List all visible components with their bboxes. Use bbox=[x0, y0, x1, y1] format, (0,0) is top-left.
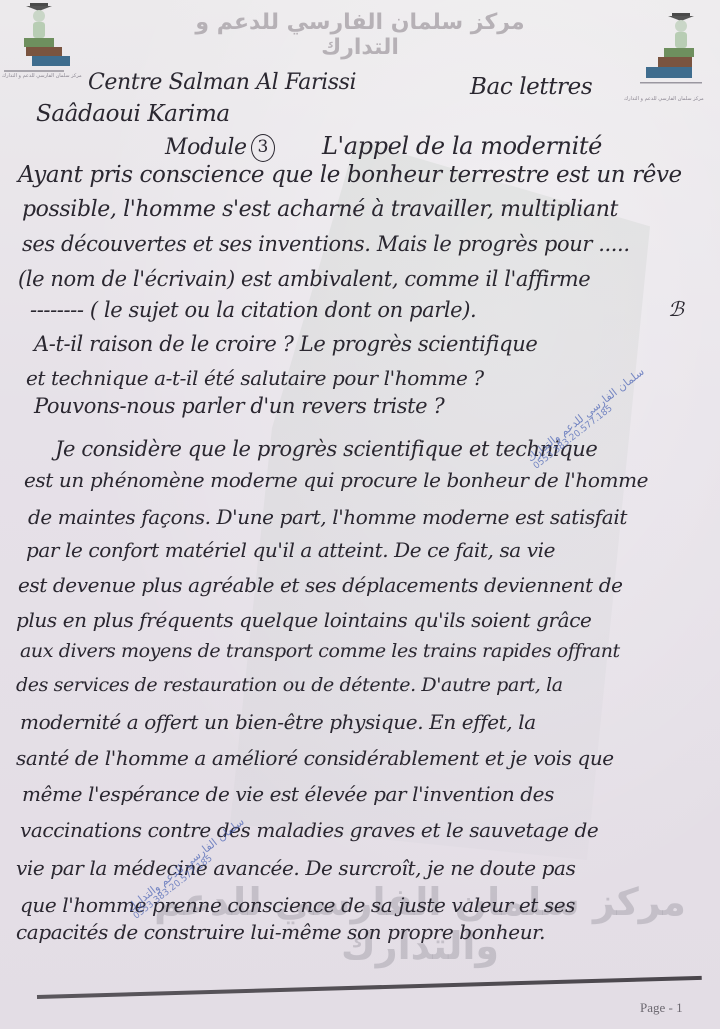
essay-line: modernité a offert un bien-être physique… bbox=[20, 710, 536, 734]
essay-line: que l'homme prenne conscience de sa just… bbox=[20, 893, 575, 917]
graduate-on-books-logo-icon bbox=[628, 10, 706, 88]
scanned-page: مركز سلمان الفارسي للدعم والتدارك مركز س… bbox=[0, 0, 720, 1029]
essay-line: Ayant pris conscience que le bonheur ter… bbox=[18, 162, 682, 188]
essay-line: ses découvertes et ses inventions. Mais … bbox=[22, 232, 630, 256]
essay-line: aux divers moyens de transport comme les… bbox=[20, 640, 620, 662]
essay-line: est devenue plus agréable et ses déplace… bbox=[18, 573, 623, 597]
centre-arabic-title: مركز سلمان الفارسي للدعم و التدارك bbox=[180, 10, 540, 60]
essay-line: possible, l'homme s'est acharné à travai… bbox=[22, 197, 618, 222]
right-logo-caption: مركز سلمان الفارسي للدعم و التدارك bbox=[624, 96, 704, 102]
module-title: L'appel de la modernité bbox=[322, 132, 602, 160]
page-number: Page - 1 bbox=[640, 1000, 683, 1016]
essay-line: plus en plus fréquents quelque lointains… bbox=[16, 608, 591, 632]
essay-line: et technique a-t-il été salutaire pour l… bbox=[26, 366, 484, 390]
module-label: Module bbox=[165, 135, 247, 160]
essay-line: Je considère que le progrès scientifique… bbox=[55, 437, 597, 461]
essay-line: -------- ( le sujet ou la citation dont … bbox=[30, 298, 476, 322]
essay-line: par le confort matériel qu'il a atteint.… bbox=[26, 538, 555, 562]
level-label: Bac lettres bbox=[470, 74, 592, 100]
essay-line: vaccinations contre des maladies graves … bbox=[20, 818, 598, 842]
essay-line: capacités de construire lui-même son pro… bbox=[16, 920, 545, 944]
essay-line: est un phénomène moderne qui procure le … bbox=[24, 468, 648, 492]
footer-rule bbox=[37, 976, 702, 999]
essay-line: santé de l'homme a amélioré considérable… bbox=[16, 746, 614, 770]
essay-line: (le nom de l'écrivain) est ambivalent, c… bbox=[18, 267, 590, 291]
graduate-on-books-logo-icon bbox=[4, 0, 82, 78]
module-number-circle: 3 bbox=[251, 134, 275, 162]
essay-line: des services de restauration ou de déten… bbox=[16, 674, 563, 696]
essay-line: de maintes façons. D'une part, l'homme m… bbox=[28, 505, 627, 529]
essay-line: A-t-il raison de le croire ? Le progrès … bbox=[34, 332, 537, 356]
left-logo-caption: مركز سلمان الفارسي للدعم و التدارك bbox=[2, 73, 82, 79]
author-name: Saâdaoui Karima bbox=[36, 101, 230, 127]
essay-line: vie par la médecine avancée. De surcroît… bbox=[16, 856, 575, 880]
essay-line: Pouvons-nous parler d'un revers triste ? bbox=[34, 394, 444, 418]
centre-name: Centre Salman Al Farissi bbox=[88, 70, 356, 95]
module-heading: Module3 bbox=[165, 134, 279, 162]
margin-mark: ℬ bbox=[668, 297, 683, 321]
essay-line: même l'espérance de vie est élevée par l… bbox=[22, 782, 554, 806]
